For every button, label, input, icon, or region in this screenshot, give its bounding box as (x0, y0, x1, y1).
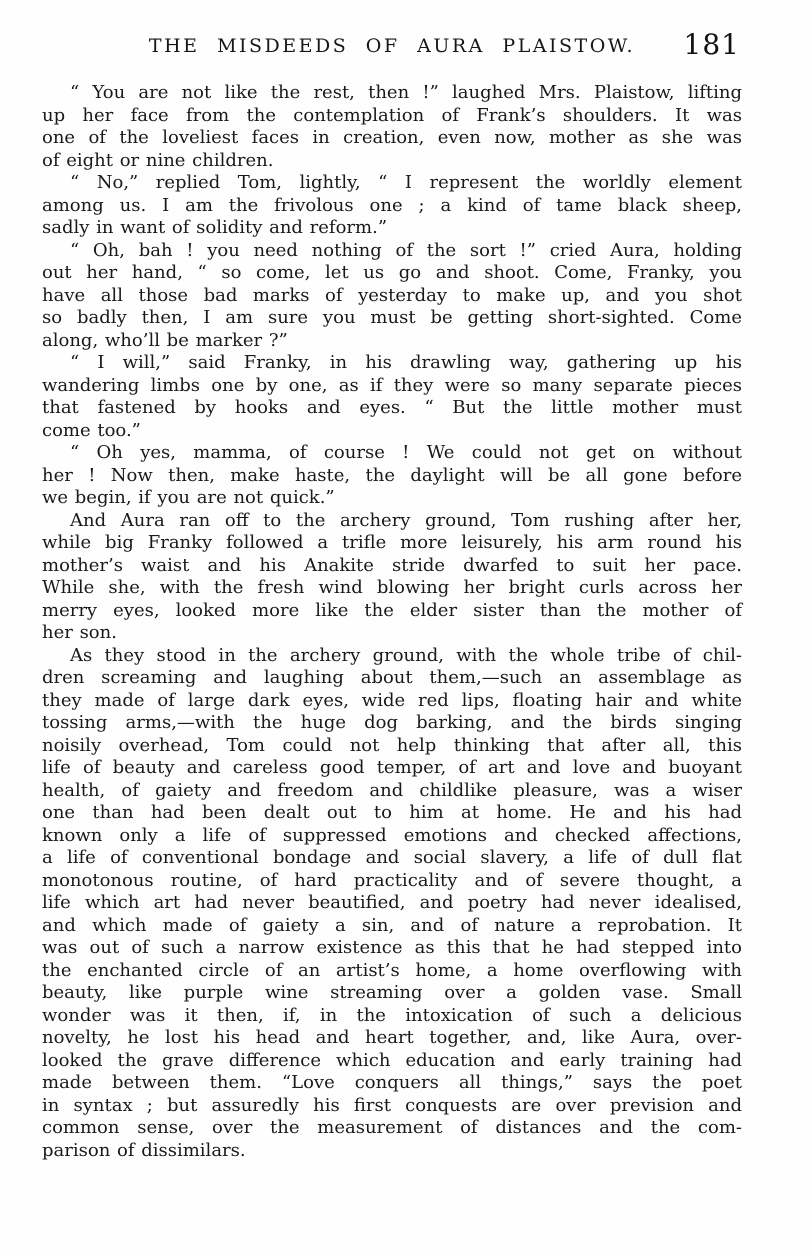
text-line: we begin, if you are not quick.” (42, 487, 742, 510)
text-line: “ Oh, bah ! you need nothing of the sort… (42, 240, 742, 263)
text-line: common sense, over the measurement of di… (42, 1117, 742, 1140)
paragraph: “ No,” replied Tom, lightly, “ I represe… (42, 172, 742, 240)
text-line: made between them. “Love conquers all th… (42, 1072, 742, 1095)
text-line: life of beauty and careless good temper,… (42, 757, 742, 780)
text-line: monotonous routine, of hard practicality… (42, 870, 742, 893)
text-line: that fastened by hooks and eyes. “ But t… (42, 397, 742, 420)
text-line: noisily overhead, Tom could not help thi… (42, 735, 742, 758)
text-line: beauty, like purple wine streaming over … (42, 982, 742, 1005)
text-line: up her face from the contemplation of Fr… (42, 105, 742, 128)
text-line: novelty, he lost his head and heart toge… (42, 1027, 742, 1050)
text-line: while big Franky followed a trifle more … (42, 532, 742, 555)
text-line: looked the grave difference which educat… (42, 1050, 742, 1073)
page-number: 181 (684, 28, 740, 61)
book-page: THE MISDEEDS OF AURA PLAISTOW. 181 “ You… (0, 0, 811, 1256)
text-line: “ I will,” said Franky, in his drawling … (42, 352, 742, 375)
text-line: tossing arms,—with the huge dog barking,… (42, 712, 742, 735)
text-line: “ No,” replied Tom, lightly, “ I represe… (42, 172, 742, 195)
text-line: “ Oh yes, mamma, of course ! We could no… (42, 442, 742, 465)
text-line: and which made of gaiety a sin, and of n… (42, 915, 742, 938)
text-line: one of the loveliest faces in creation, … (42, 127, 742, 150)
text-line: known only a life of suppressed emotions… (42, 825, 742, 848)
text-line: her son. (42, 622, 742, 645)
text-line: “ You are not like the rest, then !” lau… (42, 82, 742, 105)
text-line: a life of conventional bondage and socia… (42, 847, 742, 870)
paragraph: “ Oh yes, mamma, of course ! We could no… (42, 442, 742, 510)
text-line: so badly then, I am sure you must be get… (42, 307, 742, 330)
paragraphs-container: “ You are not like the rest, then !” lau… (42, 82, 742, 1162)
text-line: along, who’ll be marker ?” (42, 330, 742, 353)
text-line: the enchanted circle of an artist’s home… (42, 960, 742, 983)
text-line: of eight or nine children. (42, 150, 742, 173)
text-line: mother’s waist and his Anakite stride dw… (42, 555, 742, 578)
text-line: wonder was it then, if, in the intoxicat… (42, 1005, 742, 1028)
text-line: they made of large dark eyes, wide red l… (42, 690, 742, 713)
paragraph: “ You are not like the rest, then !” lau… (42, 82, 742, 172)
text-line: her ! Now then, make haste, the daylight… (42, 465, 742, 488)
paragraph: As they stood in the archery ground, wit… (42, 645, 742, 1163)
text-line: out her hand, “ so come, let us go and s… (42, 262, 742, 285)
text-line: While she, with the fresh wind blowing h… (42, 577, 742, 600)
text-line: dren screaming and laughing about them,—… (42, 667, 742, 690)
text-line: in syntax ; but assuredly his first conq… (42, 1095, 742, 1118)
paragraph: And Aura ran off to the archery ground, … (42, 510, 742, 645)
text-line: life which art had never beautified, and… (42, 892, 742, 915)
text-line: And Aura ran off to the archery ground, … (42, 510, 742, 533)
text-line: come too.” (42, 420, 742, 443)
text-line: was out of such a narrow existence as th… (42, 937, 742, 960)
text-line: merry eyes, looked more like the elder s… (42, 600, 742, 623)
text-line: sadly in want of solidity and reform.” (42, 217, 742, 240)
text-line: among us. I am the frivolous one ; a kin… (42, 195, 742, 218)
paragraph: “ Oh, bah ! you need nothing of the sort… (42, 240, 742, 353)
text-line: As they stood in the archery ground, wit… (42, 645, 742, 668)
text-line: parison of dissimilars. (42, 1140, 742, 1163)
page-body: “ You are not like the rest, then !” lau… (42, 82, 742, 1162)
page-header: THE MISDEEDS OF AURA PLAISTOW. 181 (42, 30, 742, 64)
text-line: have all those bad marks of yesterday to… (42, 285, 742, 308)
running-title: THE MISDEEDS OF AURA PLAISTOW. (42, 30, 742, 57)
text-line: one than had been dealt out to him at ho… (42, 802, 742, 825)
text-line: health, of gaiety and freedom and childl… (42, 780, 742, 803)
paragraph: “ I will,” said Franky, in his drawling … (42, 352, 742, 442)
text-line: wandering limbs one by one, as if they w… (42, 375, 742, 398)
